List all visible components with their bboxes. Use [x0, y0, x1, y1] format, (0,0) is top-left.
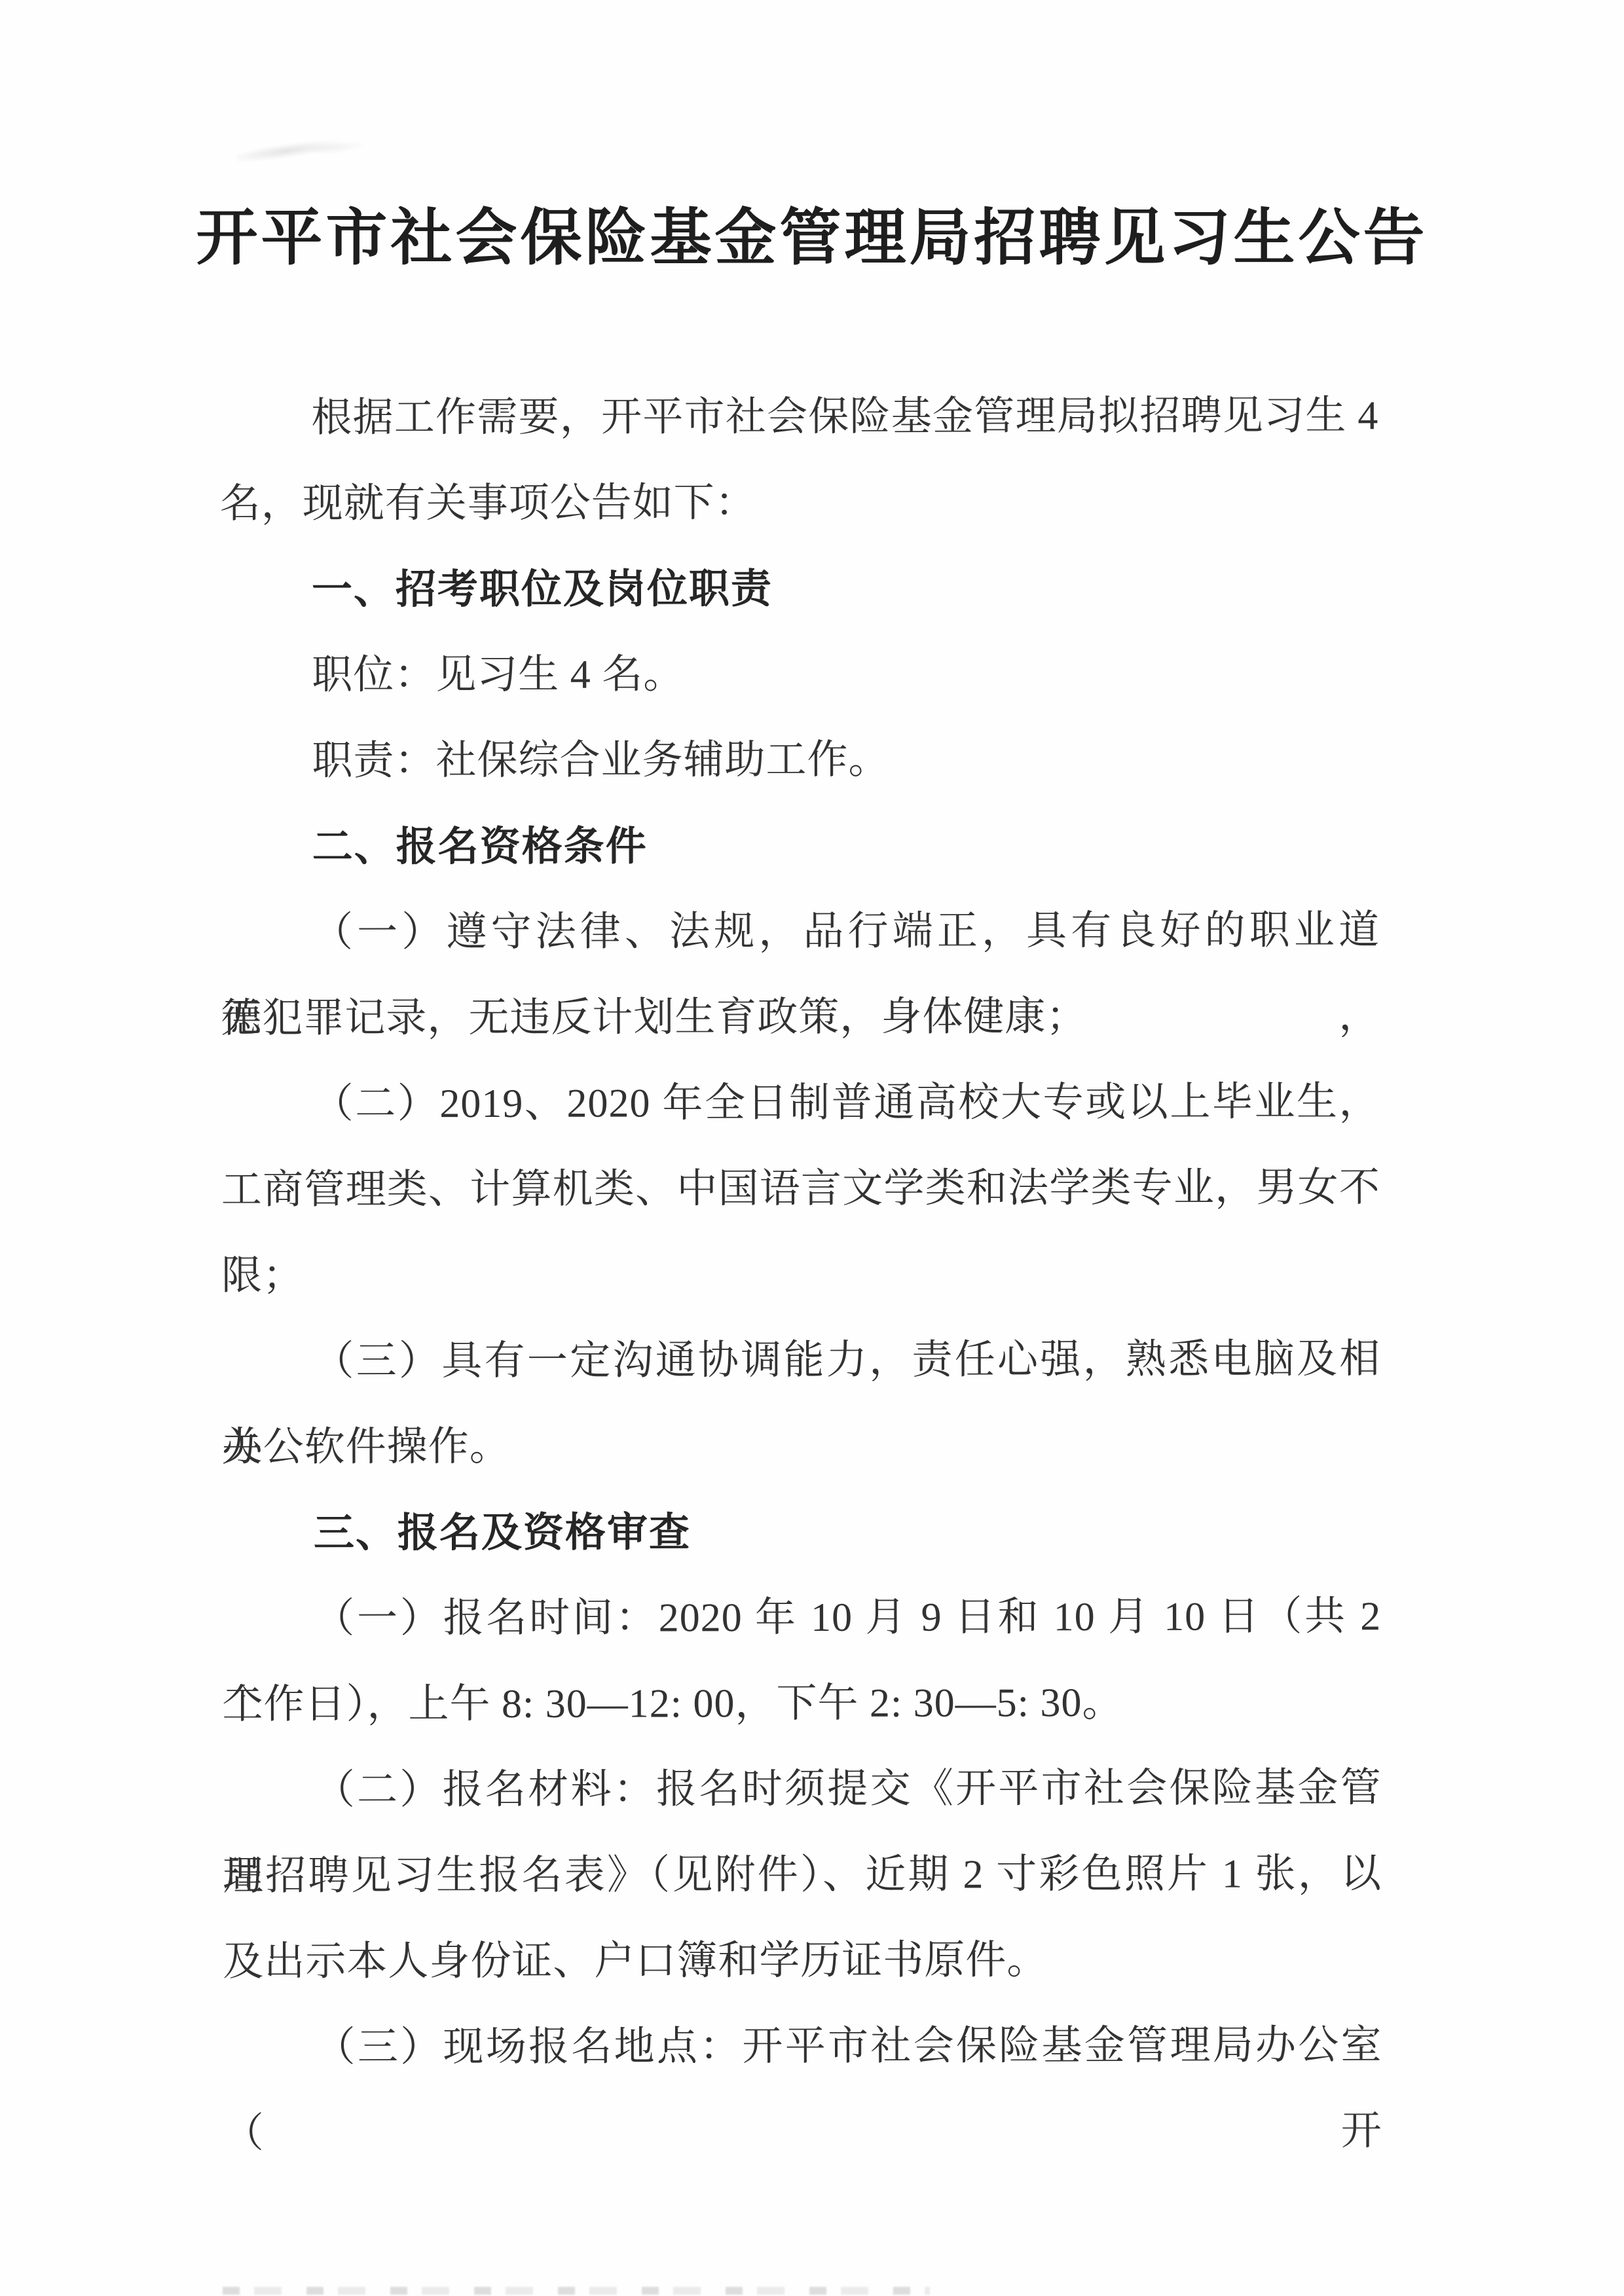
section-heading-2: 二、报名资格条件: [221, 802, 1380, 890]
paragraph-line: 名，现就有关事项公告如下：: [220, 459, 1379, 547]
paragraph-line: 办公软件操作。: [222, 1402, 1381, 1491]
paragraph-line: 职位：见习生 4 名。: [220, 630, 1379, 719]
paragraph-line: 工商管理类、计算机类、中国语言文学类和法学类专业，男女不: [221, 1145, 1380, 1233]
document-body: 根据工作需要，开平市社会保险基金管理局拟招聘见习生 4 名，现就有关事项公告如下…: [219, 373, 1382, 2091]
section-heading-1: 一、招考职位及岗位职责: [220, 545, 1379, 633]
paragraph-line: （三）现场报名地点：开平市社会保险基金管理局办公室（开: [223, 2003, 1382, 2091]
paragraph-line: 局招聘见习生报名表》（见附件）、近期 2 寸彩色照片 1 张，以: [223, 1831, 1382, 1920]
document-title: 开平市社会保险基金管理局招聘见习生公告: [0, 198, 1624, 279]
paragraph-line: （一）报名时间：2020 年 10 月 9 日和 10 月 10 日（共 2 个: [222, 1574, 1381, 1662]
paragraph-line: 限；: [221, 1231, 1380, 1319]
paragraph-line: 根据工作需要，开平市社会保险基金管理局拟招聘见习生 4: [219, 373, 1378, 462]
paragraph-line: 及出示本人身份证、户口簿和学历证书原件。: [223, 1917, 1382, 2005]
section-heading-3: 三、报名及资格审查: [222, 1488, 1381, 1576]
paragraph-line: （一）遵守法律、法规，品行端正，具有良好的职业道德，: [221, 888, 1380, 976]
paragraph-line: （二）报名材料：报名时须提交《开平市社会保险基金管理: [223, 1745, 1382, 1834]
paragraph-line: （二）2019、2020 年全日制普通高校大专或以上毕业生，: [221, 1059, 1380, 1148]
document-page: 开平市社会保险基金管理局招聘见习生公告 根据工作需要，开平市社会保险基金管理局拟…: [0, 0, 1624, 2296]
paragraph-line: （三）具有一定沟通协调能力，责任心强，熟悉电脑及相关: [221, 1317, 1380, 1405]
cutoff-text-line: [223, 2287, 930, 2295]
scan-smudge: [234, 126, 380, 172]
paragraph-line: 职责：社保综合业务辅助工作。: [220, 716, 1379, 805]
paragraph-line: 工作日），上午 8: 30—12: 00，下午 2: 30—5: 30。: [222, 1660, 1381, 1748]
